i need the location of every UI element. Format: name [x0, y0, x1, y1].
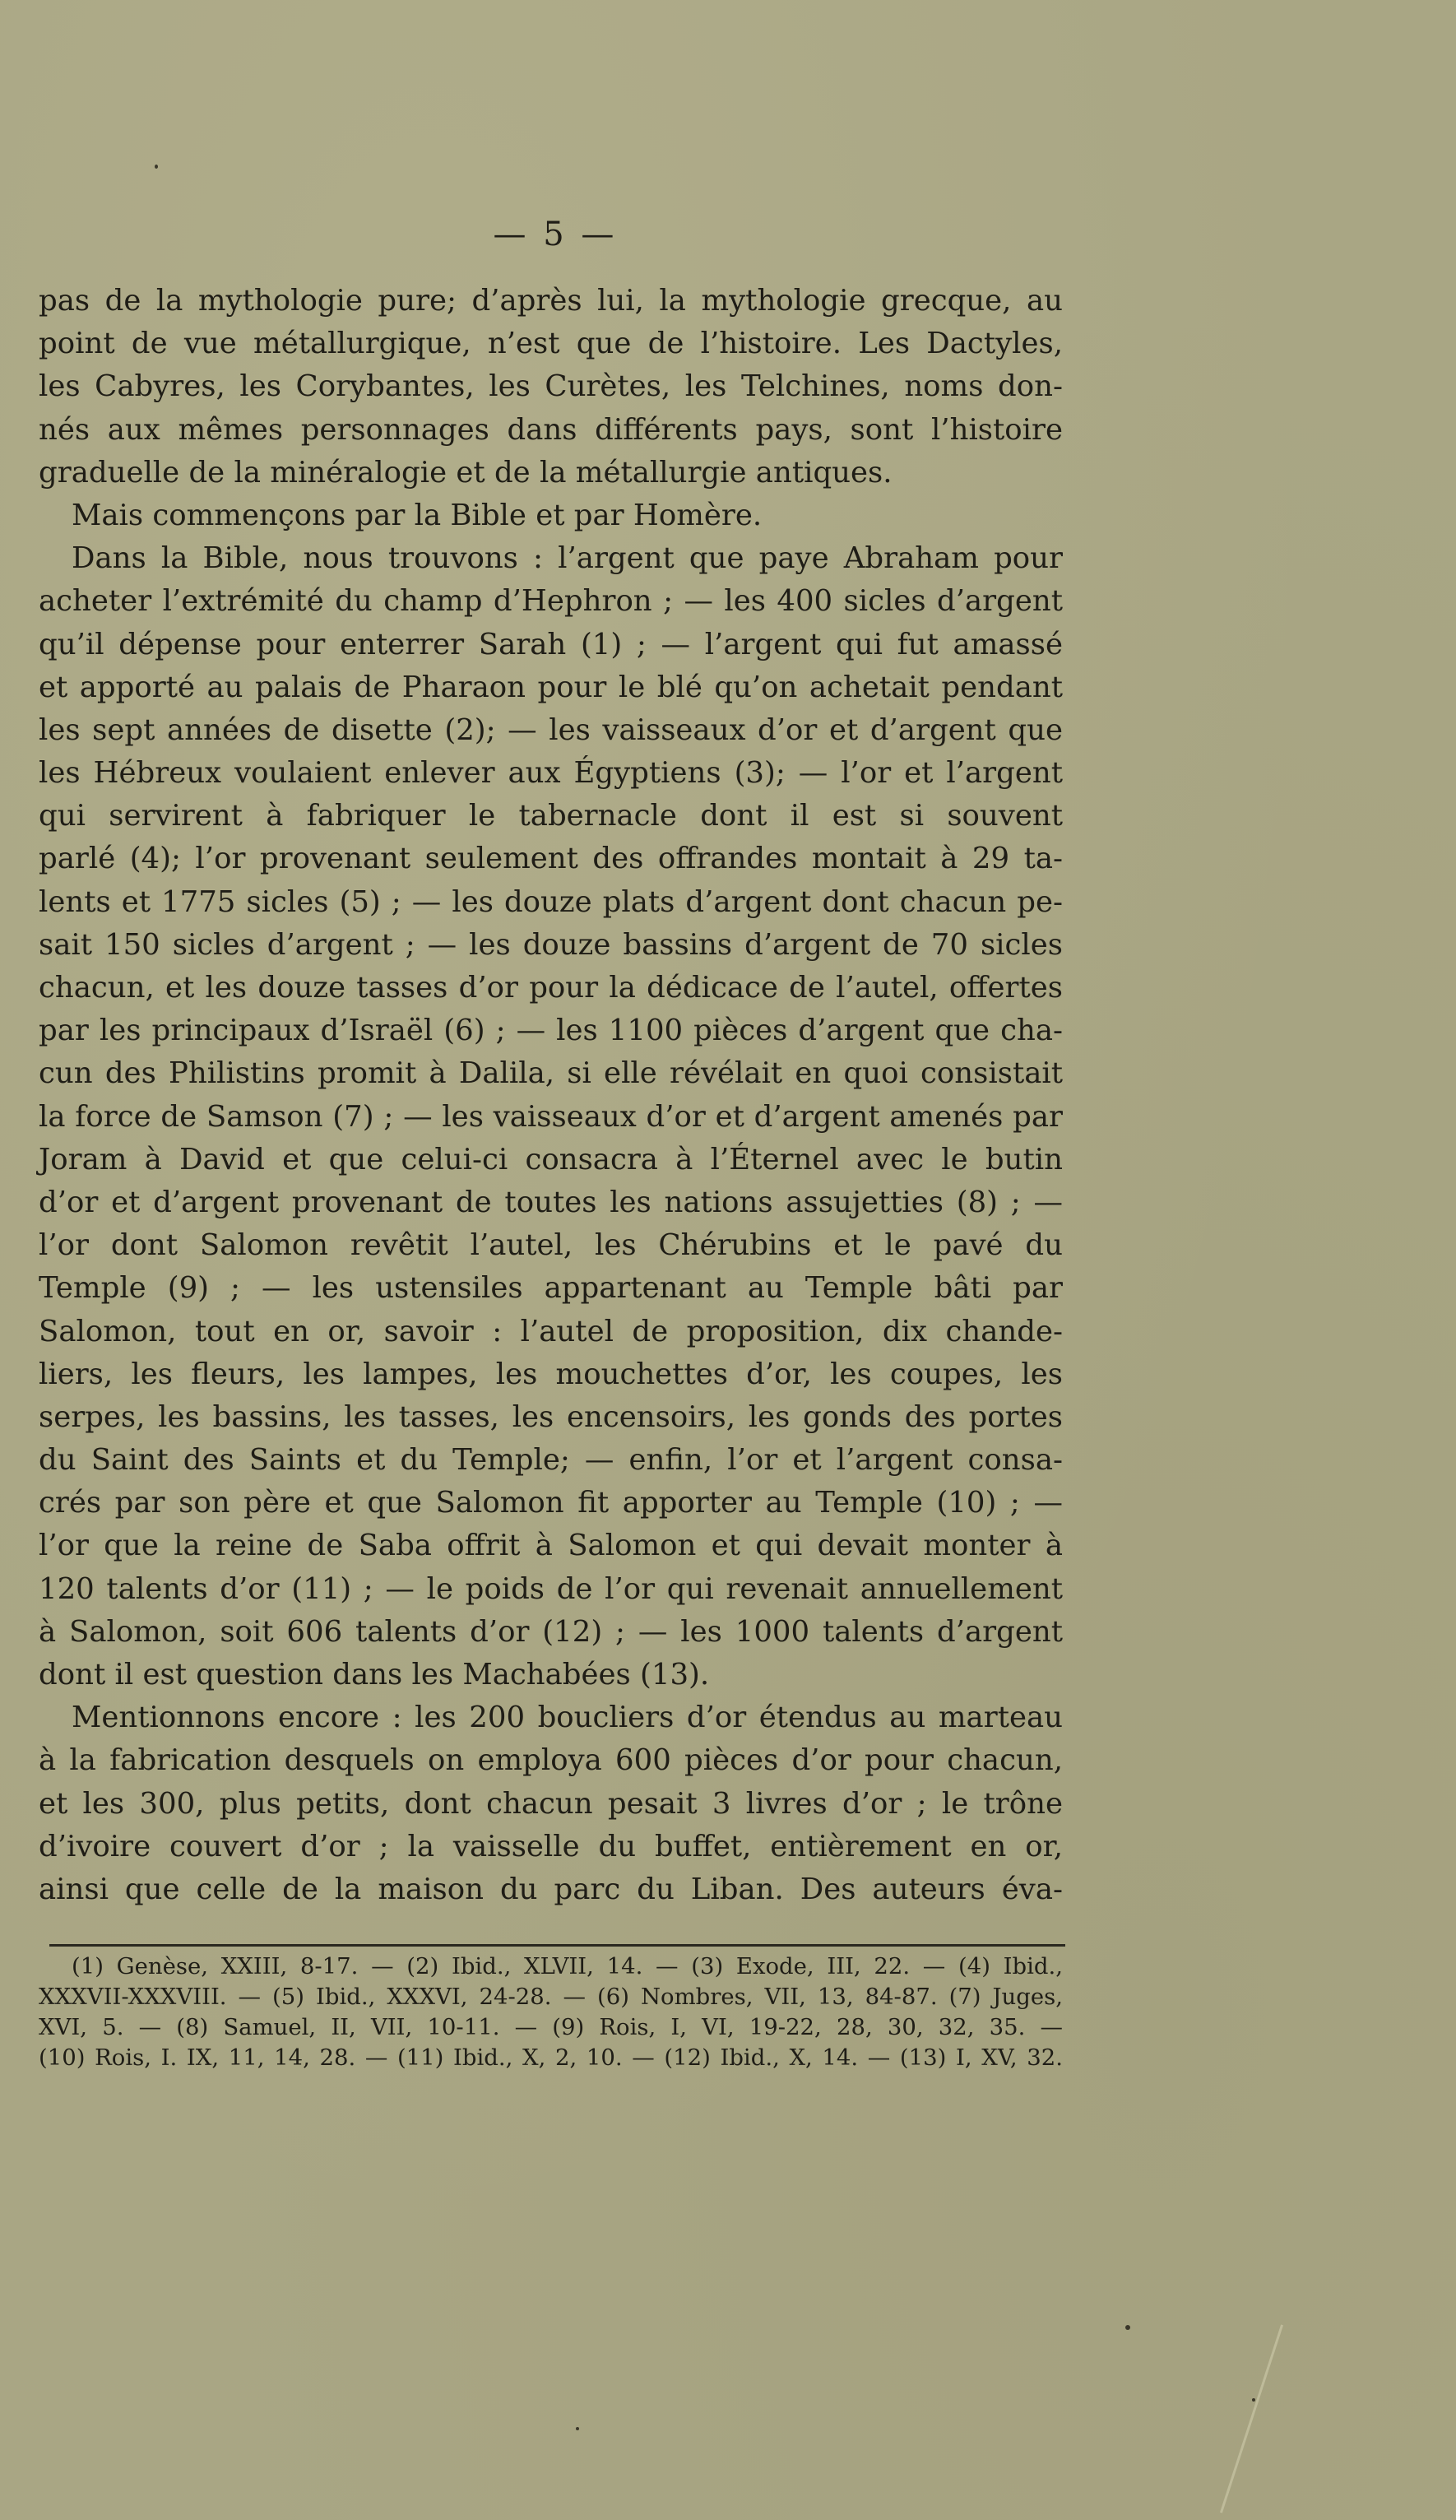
body-line: Dans la Bible, nous trouvons : l’argent …: [39, 537, 1063, 580]
body-line: qui servirent à fabriquer le tabernacle …: [39, 795, 1063, 838]
footnote-line: XXXVII-XXXVIII. — (5) Ibid., XXXVI, 24-2…: [39, 1982, 1063, 2012]
body-line: nés aux mêmes personnages dans différent…: [39, 409, 1063, 452]
body-line: Temple (9) ; — les ustensiles appartenan…: [39, 1267, 1063, 1310]
body-line: graduelle de la minéralogie et de la mét…: [39, 452, 1063, 494]
body-line: dont il est question dans les Machabées …: [39, 1654, 1063, 1696]
body-line: du Saint des Saints et du Temple; — enfi…: [39, 1439, 1063, 1482]
body-line: et les 300, plus petits, dont chacun pes…: [39, 1783, 1063, 1826]
body-line: Mentionnons encore : les 200 boucliers d…: [39, 1696, 1063, 1739]
body-line: Joram à David et que celui-ci consacra à…: [39, 1139, 1063, 1181]
body-line: crés par son père et que Salomon fit app…: [39, 1482, 1063, 1525]
body-text: pas de la mythologie pure; d’après lui, …: [39, 280, 1063, 1911]
paper-speck: [155, 165, 158, 169]
footnote-line: (1) Genèse, XXIII, 8-17. — (2) Ibid., XL…: [39, 1951, 1063, 1982]
body-line: l’or dont Salomon revêtit l’autel, les C…: [39, 1224, 1063, 1267]
paper-speck: [576, 2427, 579, 2430]
body-line: chacun, et les douze tasses d’or pour la…: [39, 967, 1063, 1009]
footnote-line: XVI, 5. — (8) Samuel, II, VII, 10-11. — …: [39, 2012, 1063, 2043]
body-line: les Cabyres, les Corybantes, les Curètes…: [39, 365, 1063, 408]
body-line: 120 talents d’or (11) ; — le poids de l’…: [39, 1568, 1063, 1611]
body-line: lents et 1775 sicles (5) ; — les douze p…: [39, 881, 1063, 924]
body-line: d’ivoire couvert d’or ; la vaisselle du …: [39, 1826, 1063, 1868]
body-line: pas de la mythologie pure; d’après lui, …: [39, 280, 1063, 323]
body-line: et apporté au palais de Pharaon pour le …: [39, 666, 1063, 709]
body-line: parlé (4); l’or provenant seulement des …: [39, 838, 1063, 880]
body-line: par les principaux d’Israël (6) ; — les …: [39, 1009, 1063, 1052]
body-line: ainsi que celle de la maison du parc du …: [39, 1868, 1063, 1911]
body-line: d’or et d’argent provenant de toutes les…: [39, 1181, 1063, 1224]
body-line: Salomon, tout en or, savoir : l’autel de…: [39, 1311, 1063, 1353]
body-line: les Hébreux voulaient enlever aux Égypti…: [39, 752, 1063, 795]
paper-speck: [1125, 2325, 1130, 2330]
body-line: qu’il dépense pour enterrer Sarah (1) ; …: [39, 624, 1063, 666]
body-line: Mais commençons par la Bible et par Homè…: [39, 494, 1063, 537]
body-line: l’or que la reine de Saba offrit à Salom…: [39, 1525, 1063, 1567]
page-number: — 5 —: [0, 216, 1111, 253]
body-line: acheter l’extrémité du champ d’Hephron ;…: [39, 580, 1063, 623]
body-line: sait 150 sicles d’argent ; — les douze b…: [39, 924, 1063, 967]
footnotes: (1) Genèse, XXIII, 8-17. — (2) Ibid., XL…: [39, 1951, 1063, 2073]
footnote-line: (10) Rois, I. IX, 11, 14, 28. — (11) Ibi…: [39, 2043, 1063, 2073]
body-line: cun des Philistins promit à Dalila, si e…: [39, 1052, 1063, 1095]
paper-crease: [1220, 2324, 1283, 2513]
body-line: liers, les fleurs, les lampes, les mouch…: [39, 1353, 1063, 1396]
body-line: la force de Samson (7) ; — les vaisseaux…: [39, 1096, 1063, 1139]
paper-speck: [1252, 2398, 1255, 2402]
body-line: point de vue métallurgique, n’est que de…: [39, 323, 1063, 365]
body-line: à Salomon, soit 606 talents d’or (12) ; …: [39, 1611, 1063, 1654]
footnote-divider: [49, 1944, 1065, 1947]
body-line: serpes, les bassins, les tasses, les enc…: [39, 1396, 1063, 1439]
body-line: les sept années de disette (2); — les va…: [39, 709, 1063, 752]
body-line: à la fabrication desquels on employa 600…: [39, 1739, 1063, 1782]
